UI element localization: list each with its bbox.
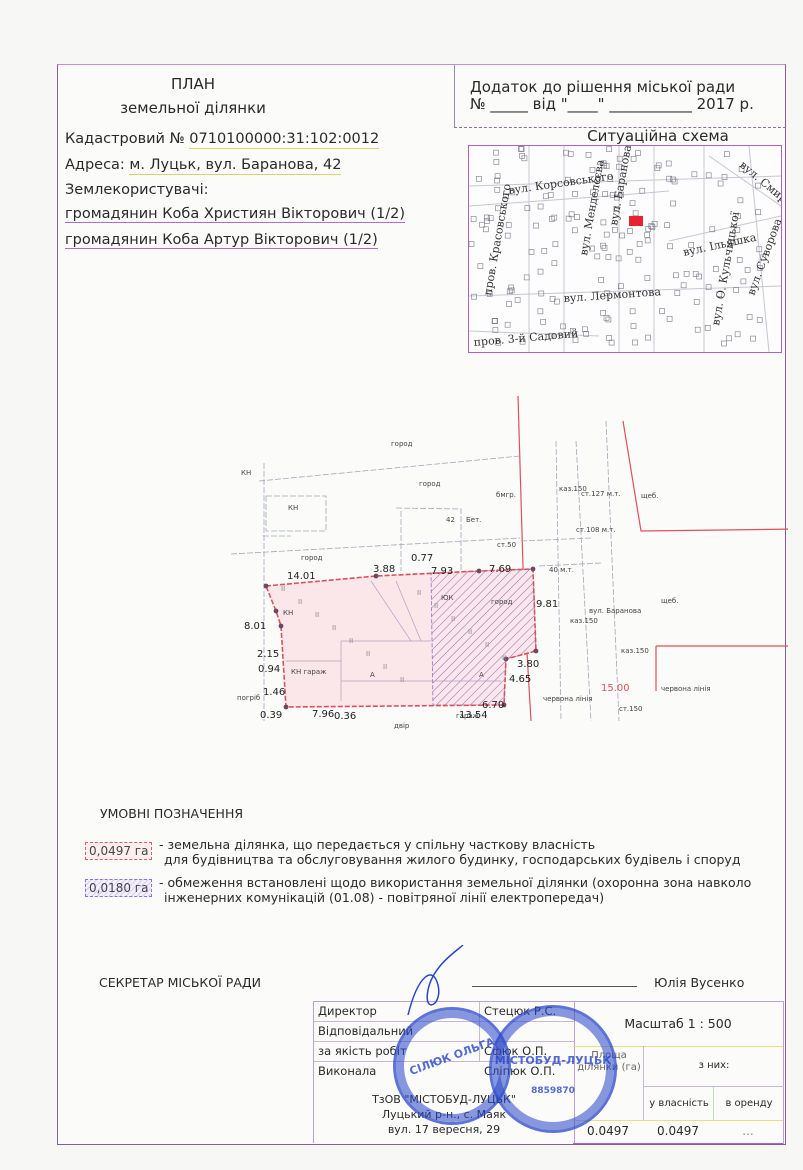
svg-text:город: город [419, 480, 441, 488]
secretary-title: СЕКРЕТАР МІСЬКОЇ РАДИ [99, 975, 261, 990]
svg-text:КН гараж: КН гараж [291, 668, 327, 676]
svg-text:ЮК: ЮК [441, 594, 454, 602]
svg-text:вул. Баранова: вул. Баранова [607, 146, 634, 227]
area-values-row: 0.0497 0.0497 ... [573, 1120, 783, 1144]
ownership-value: 0.0497 [643, 1124, 713, 1138]
svg-text:42: 42 [446, 516, 455, 524]
annex-line-1: Додаток до рішення міської ради [470, 78, 735, 96]
svg-text:9.81: 9.81 [536, 599, 558, 610]
svg-text:вул. Баранова: вул. Баранова [589, 607, 641, 615]
svg-text:0.39: 0.39 [260, 710, 282, 721]
svg-text:каз.150: каз.150 [621, 647, 649, 655]
legend-title: УМОВНІ ПОЗНАЧЕННЯ [100, 806, 243, 821]
svg-text:вул. О. Кульчицької: вул. О. Кульчицької [709, 210, 742, 326]
svg-text:0.77: 0.77 [411, 553, 433, 564]
staff-row-responsible: Відповідальний [314, 1022, 574, 1042]
svg-text:II: II [315, 611, 319, 619]
staff-row-director: Директор Стецюк Р.С. [314, 1002, 574, 1022]
svg-text:II: II [383, 663, 387, 671]
address-value: м. Луцьк, вул. Баранова, 42 [129, 157, 341, 175]
cadastral-number-line: Кадастровий № 0710100000:31:102:0012 [65, 131, 379, 147]
svg-text:червона лінія: червона лінія [661, 685, 711, 693]
svg-text:40 м.т.: 40 м.т. [549, 566, 574, 574]
scale-label: Масштаб 1 : 500 [573, 1002, 783, 1047]
secretary-name: Юлія Вусенко [654, 975, 744, 990]
legend-area-restriction: 0,0180 га [85, 879, 152, 897]
svg-text:ст.150: ст.150 [619, 705, 643, 713]
svg-text:II: II [400, 676, 404, 684]
land-user-2: громадянин Коба Артур Вікторович (1/2) [65, 232, 378, 248]
lease-header: в оренду [713, 1087, 784, 1120]
legend-area-plot: 0,0497 га [85, 842, 152, 860]
svg-text:двір: двір [394, 722, 410, 730]
svg-text:каз.150: каз.150 [570, 617, 598, 625]
annex-box: Додаток до рішення міської ради № _____ … [454, 65, 786, 128]
land-plot-plan: городгородгородгородКНКНКН42Бет.бмгр.ст.… [228, 387, 788, 767]
situation-scheme-map: вул. Корсовськоговул. Менделєєвавул. Бар… [468, 145, 782, 353]
svg-text:8.01: 8.01 [244, 621, 266, 632]
svg-text:15.00: 15.00 [601, 683, 630, 694]
title-block: Директор Стецюк Р.С. Відповідальний за я… [313, 1001, 783, 1142]
svg-text:щеб.: щеб. [641, 492, 658, 500]
title-block-staff: Директор Стецюк Р.С. Відповідальний за я… [313, 1001, 575, 1143]
land-users-label: Землекористувачі: [65, 182, 209, 198]
svg-text:2.15: 2.15 [257, 649, 279, 660]
plan-title: ПЛАН [148, 75, 238, 93]
cadastral-number: 0710100000:31:102:0012 [189, 131, 379, 149]
svg-text:каз.150: каз.150 [559, 485, 587, 493]
svg-text:пров. Красовського: пров. Красовського [481, 182, 514, 296]
svg-text:3.88: 3.88 [373, 564, 395, 575]
land-user-1: громадянин Коба Християн Вікторович (1/2… [65, 206, 405, 222]
svg-text:ст.127 м.т.: ст.127 м.т. [581, 490, 621, 498]
svg-text:II: II [349, 637, 353, 645]
svg-text:1.46: 1.46 [263, 687, 285, 698]
svg-text:II: II [417, 589, 421, 597]
svg-text:КН: КН [241, 469, 251, 477]
svg-text:вул. Ільяшка: вул. Ільяшка [682, 231, 758, 259]
lease-value: ... [713, 1124, 783, 1138]
staff-row-quality: за якість робіт Сфюк О.П. [314, 1042, 574, 1062]
situation-map-drawing: вул. Корсовськоговул. Менделєєвавул. Бар… [469, 146, 781, 352]
svg-text:червона лінія: червона лінія [543, 695, 593, 703]
svg-text:погріб: погріб [237, 694, 260, 702]
svg-text:7.96: 7.96 [312, 709, 334, 720]
svg-text:7.93: 7.93 [431, 566, 453, 577]
svg-text:7.69: 7.69 [489, 564, 511, 575]
svg-text:II: II [298, 598, 302, 606]
of-them-header: з них: [643, 1046, 784, 1087]
svg-text:II: II [281, 585, 285, 593]
area-header: Площа ділянки (га) [575, 1050, 643, 1074]
svg-text:14.01: 14.01 [287, 571, 316, 582]
plan-subtitle: земельної ділянки [108, 99, 278, 117]
svg-text:II: II [434, 602, 438, 610]
svg-text:3.80: 3.80 [517, 659, 539, 670]
svg-text:щеб.: щеб. [661, 597, 678, 605]
svg-text:КН: КН [283, 609, 293, 617]
svg-text:II: II [366, 650, 370, 658]
svg-text:13.54: 13.54 [459, 710, 488, 721]
svg-text:II: II [468, 628, 472, 636]
legend-restriction-description: - обмеження встановлені щодо використанн… [159, 875, 751, 905]
svg-text:город: город [301, 554, 323, 562]
ownership-header: у власність [643, 1087, 714, 1120]
address-label: Адреса: [65, 157, 125, 173]
address-line: Адреса: м. Луцьк, вул. Баранова, 42 [65, 157, 341, 173]
svg-text:пров. 3-й Садовий: пров. 3-й Садовий [473, 327, 579, 349]
svg-text:А: А [370, 671, 375, 679]
svg-text:ст.50: ст.50 [497, 541, 516, 549]
svg-text:А: А [479, 671, 484, 679]
situation-scheme-title: Ситуаційна схема [533, 127, 783, 145]
svg-text:КН: КН [288, 504, 298, 512]
svg-text:Бет.: Бет. [466, 516, 481, 524]
svg-text:II: II [451, 615, 455, 623]
plot-drawing: городгородгородгородКНКНКН42Бет.бмгр.ст.… [228, 387, 788, 767]
signature-line [472, 986, 637, 987]
svg-text:бмгр.: бмгр. [496, 491, 516, 499]
svg-text:город: город [391, 440, 413, 448]
svg-text:ст.108 м.т.: ст.108 м.т. [576, 526, 616, 534]
svg-text:4.65: 4.65 [509, 674, 531, 685]
staff-row-executor: Виконала Сліпюк О.П. [314, 1062, 574, 1081]
svg-text:вул. Лермонтова: вул. Лермонтова [563, 285, 661, 305]
svg-text:II: II [485, 641, 489, 649]
legend-plot-description: - земельна ділянка, що передається у спі… [159, 837, 740, 867]
document-frame: ПЛАН земельної ділянки Кадастровий № 071… [57, 64, 786, 1145]
organization-info: ТзОВ "МІСТОБУД-ЛУЦЬК" Луцький р-н., с. М… [314, 1092, 574, 1137]
annex-line-2: № _____ від "____" ___________ 2017 р. [470, 95, 754, 113]
cadastral-label: Кадастровий № [65, 131, 185, 147]
svg-text:II: II [502, 654, 506, 662]
title-block-area: Масштаб 1 : 500 Площа ділянки (га) з них… [573, 1001, 784, 1144]
svg-text:0.94: 0.94 [258, 664, 280, 675]
svg-text:0.36: 0.36 [334, 711, 356, 722]
svg-text:II: II [332, 624, 336, 632]
area-value: 0.0497 [573, 1124, 643, 1138]
svg-text:город: город [491, 598, 513, 606]
